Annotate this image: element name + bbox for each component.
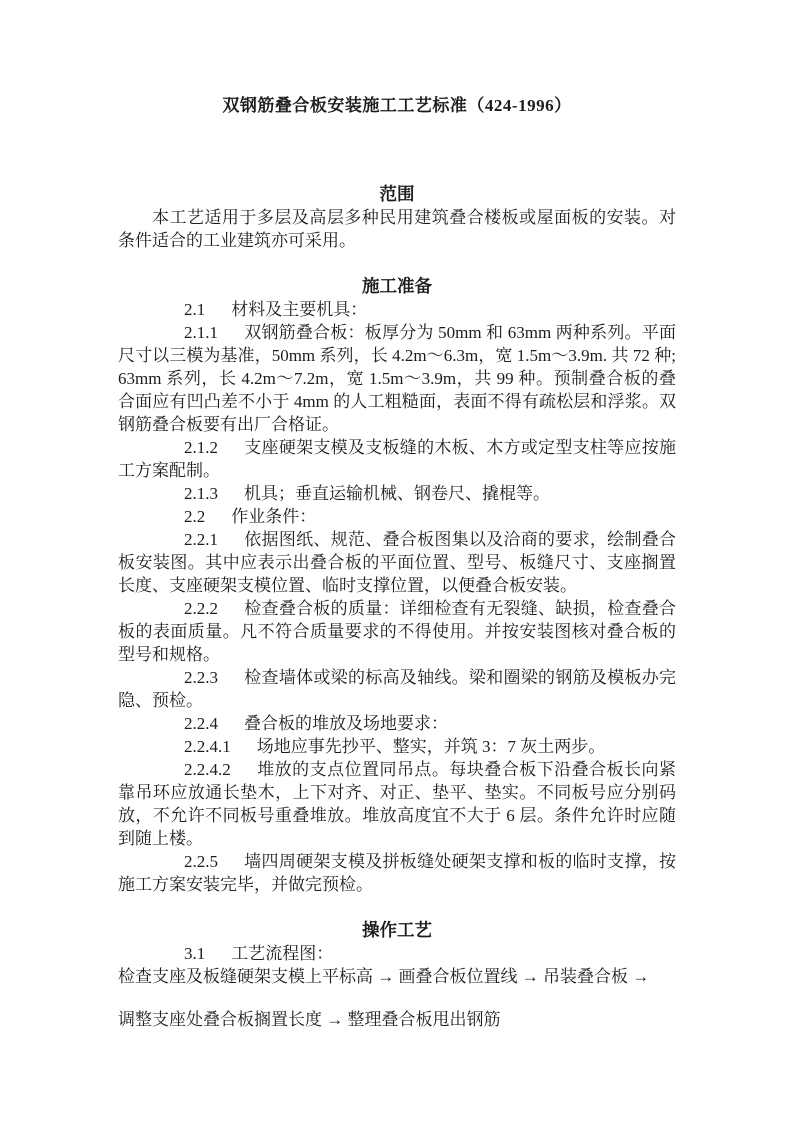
clause-text: 作业条件： (231, 507, 316, 526)
clause-2-2-2: 2.2.2检查叠合板的质量：详细检查有无裂缝、缺损，检查叠合板的表面质量。凡不符… (118, 597, 676, 666)
clause-number: 2.2.3 (184, 668, 218, 687)
process-flow-line: 检查支座及板缝硬架支模上平标高 → 画叠合板位置线 → 吊装叠合板 → (118, 965, 676, 988)
clause-number: 3.1 (184, 944, 205, 963)
document-title: 双钢筋叠合板安装施工工艺标准（424-1996） (118, 94, 676, 118)
clause-2-2-4-2: 2.2.4.2堆放的支点位置同吊点。每块叠合板下沿叠合板长向紧靠吊环应放通长垫木… (118, 758, 676, 850)
section-scope: 范围 本工艺适用于多层及高层多种民用建筑叠合楼板或屋面板的安装。对条件适合的工业… (118, 182, 676, 252)
clause-text: 材料及主要机具： (231, 300, 367, 319)
clause-text: 工艺流程图： (231, 944, 333, 963)
clause-2-2-1: 2.2.1依据图纸、规范、叠合板图集以及洽商的要求，绘制叠合板安装图。其中应表示… (118, 528, 676, 597)
clause-number: 2.2.4.2 (184, 760, 231, 779)
clause-2-1-1: 2.1.1双钢筋叠合板：板厚分为 50mm 和 63mm 两种系列。平面尺寸以三… (118, 321, 676, 436)
clause-3-1: 3.1工艺流程图： (118, 942, 676, 965)
section-heading: 操作工艺 (118, 918, 676, 942)
process-flow-line: 调整支座处叠合板搁置长度 → 整理叠合板甩出钢筋 (118, 1008, 676, 1031)
clause-text: 场地应事先抄平、整实，并筑 3：7 灰土两步。 (257, 737, 606, 756)
clause-number: 2.2.2 (184, 599, 218, 618)
paragraph-text: 本工艺适用于多层及高层多种民用建筑叠合楼板或屋面板的安装。对条件适合的工业建筑亦… (118, 208, 676, 250)
clause-number: 2.2 (184, 507, 205, 526)
document-page: 双钢筋叠合板安装施工工艺标准（424-1996） 范围 本工艺适用于多层及高层多… (0, 0, 794, 1123)
clause-2-2-3: 2.2.3检查墙体或梁的标高及轴线。梁和圈梁的钢筋及模板办完隐、预检。 (118, 666, 676, 712)
clause-number: 2.2.5 (184, 852, 218, 871)
clause-text: 叠合板的堆放及场地要求： (244, 714, 448, 733)
section-preparation: 施工准备 2.1材料及主要机具： 2.1.1双钢筋叠合板：板厚分为 50mm 和… (118, 274, 676, 896)
clause-2-1: 2.1材料及主要机具： (118, 298, 676, 321)
clause-number: 2.2.1 (184, 530, 218, 549)
clause-2-1-3: 2.1.3机具；垂直运输机械、钢卷尺、撬棍等。 (118, 482, 676, 505)
clause-2-1-2: 2.1.2支座硬架支模及支板缝的木板、木方或定型支柱等应按施工方案配制。 (118, 436, 676, 482)
clause-number: 2.1.1 (184, 323, 218, 342)
clause-number: 2.1.3 (184, 484, 218, 503)
clause-2-2-4-1: 2.2.4.1场地应事先抄平、整实，并筑 3：7 灰土两步。 (118, 735, 676, 758)
clause-number: 2.2.4.1 (184, 737, 231, 756)
clause-number: 2.1.2 (184, 438, 218, 457)
section-heading: 范围 (118, 182, 676, 206)
clause-number: 2.1 (184, 300, 205, 319)
clause-2-2-5: 2.2.5墙四周硬架支模及拼板缝处硬架支撑和板的临时支撑，按施工方案安装完毕，并… (118, 850, 676, 896)
body-paragraph: 本工艺适用于多层及高层多种民用建筑叠合楼板或屋面板的安装。对条件适合的工业建筑亦… (118, 206, 676, 252)
section-heading: 施工准备 (118, 274, 676, 298)
clause-2-2: 2.2作业条件： (118, 505, 676, 528)
section-operation: 操作工艺 3.1工艺流程图： 检查支座及板缝硬架支模上平标高 → 画叠合板位置线… (118, 918, 676, 1031)
clause-2-2-4: 2.2.4叠合板的堆放及场地要求： (118, 712, 676, 735)
clause-text: 机具；垂直运输机械、钢卷尺、撬棍等。 (244, 484, 550, 503)
clause-number: 2.2.4 (184, 714, 218, 733)
